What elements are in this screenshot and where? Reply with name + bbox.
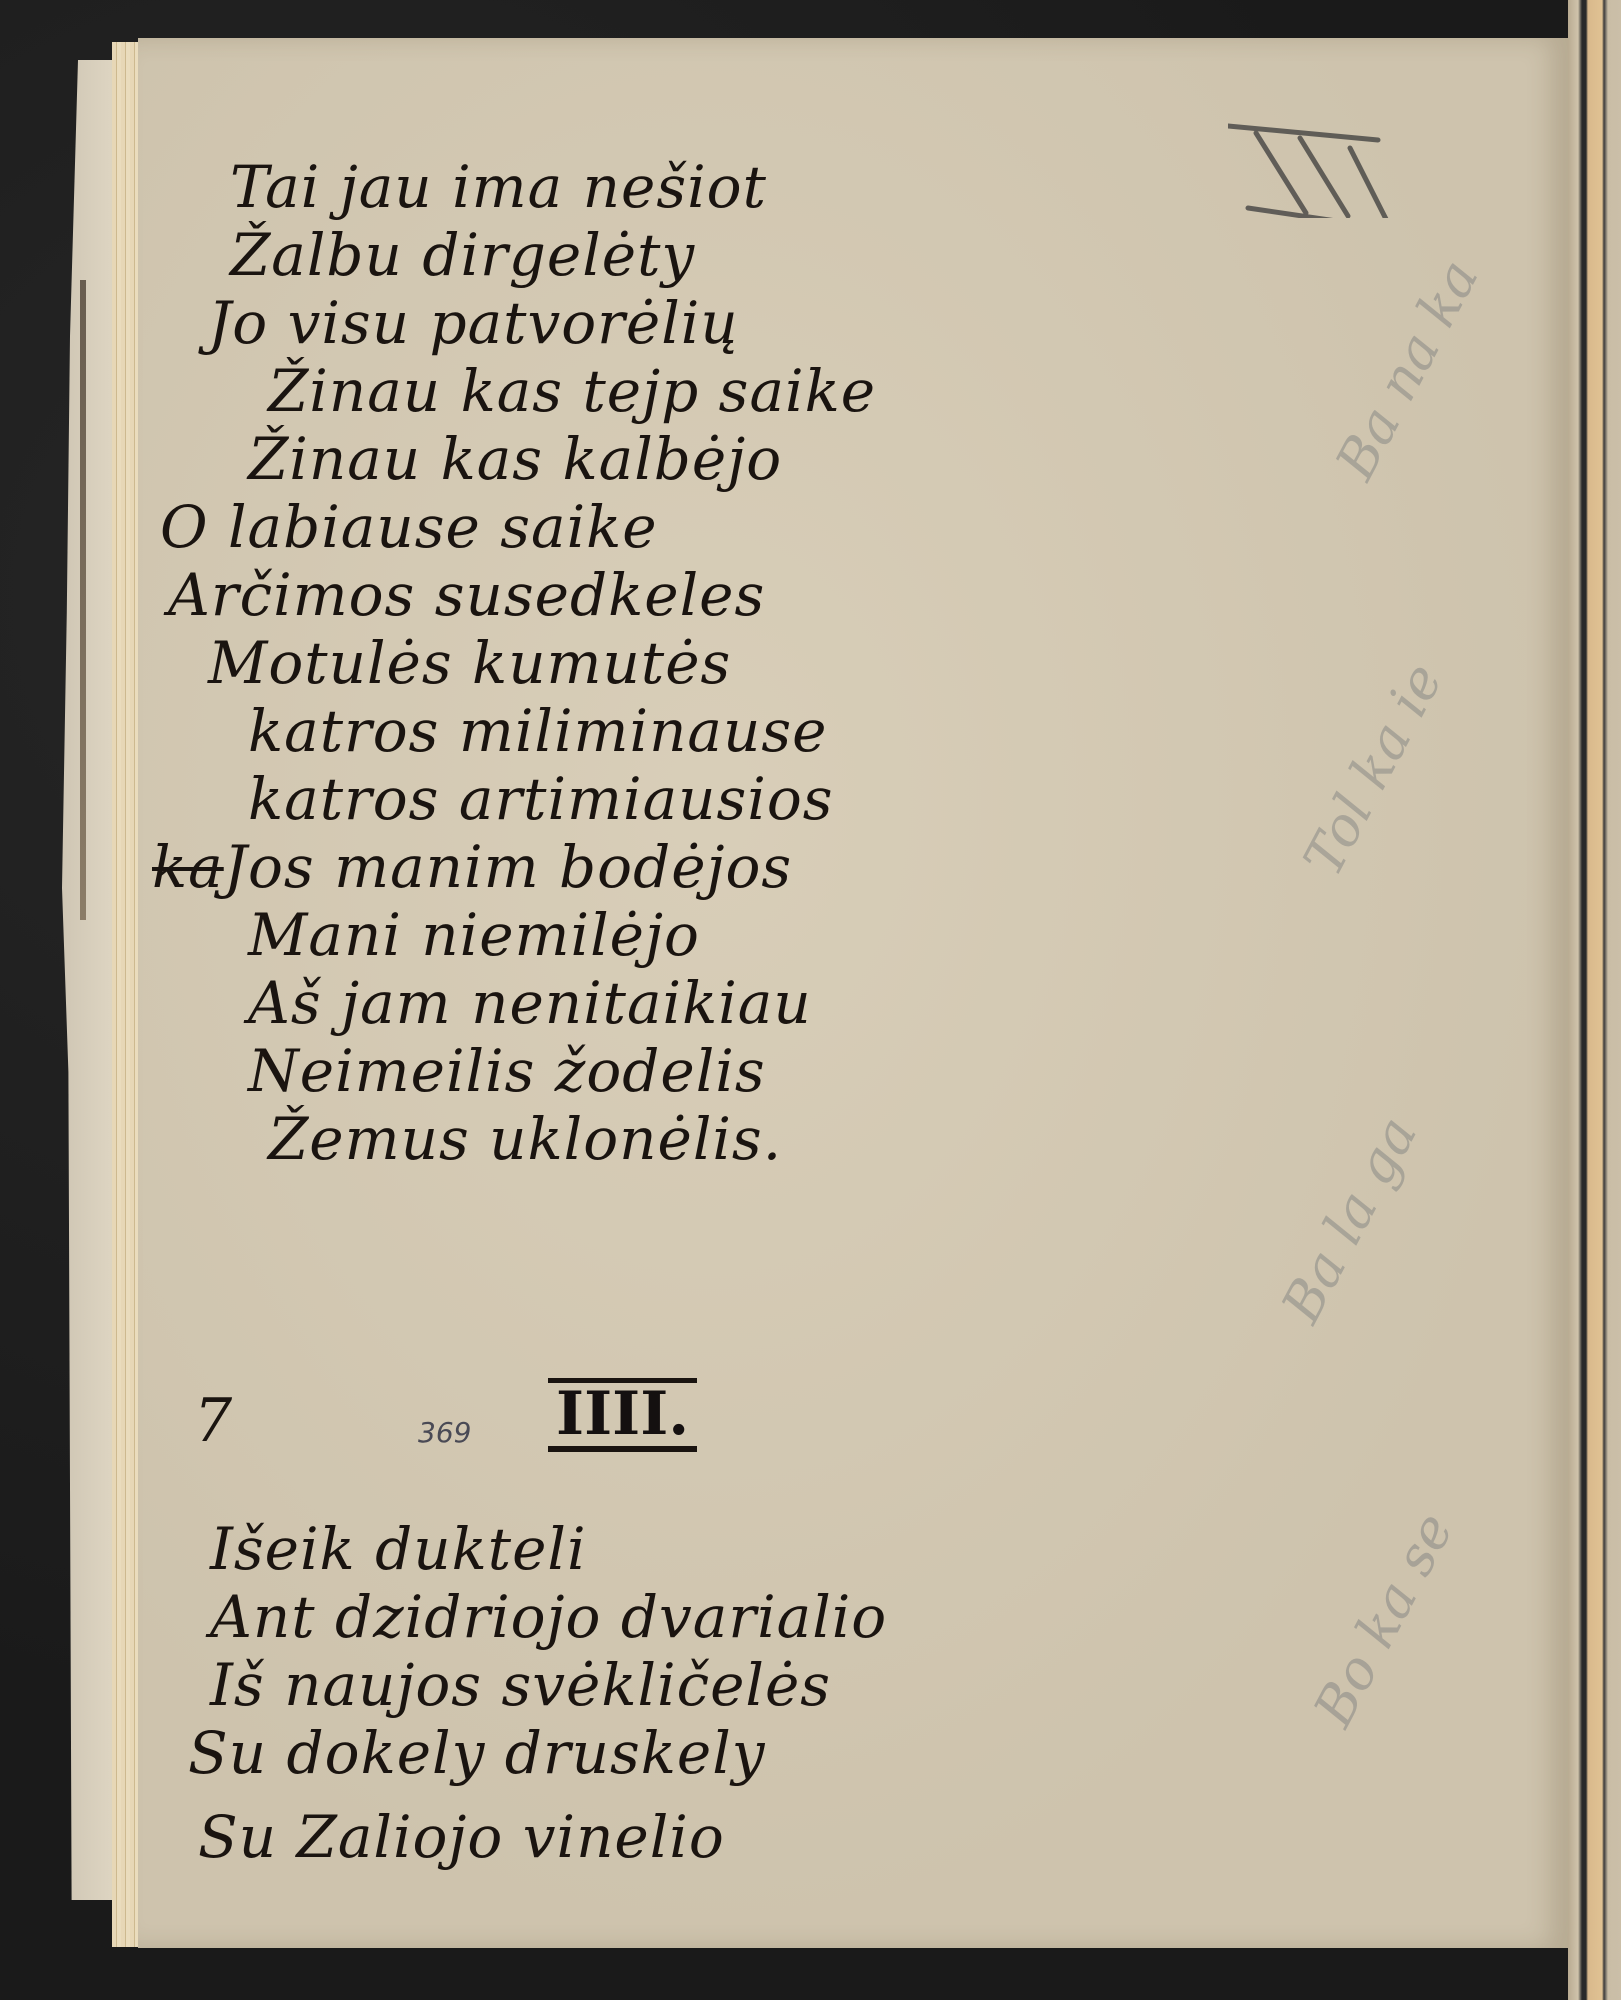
verse-line: katros miliminause xyxy=(248,702,827,760)
roman-numeral-iii-pencil-icon xyxy=(1228,98,1418,218)
verse-line: Žalbu dirgelėty xyxy=(230,226,695,284)
verse-line: Mani niemilėjo xyxy=(248,906,700,964)
verse-line: Ant dzidriojo dvarialio xyxy=(210,1588,887,1646)
verse-line: Iš naujos svėkličelės xyxy=(210,1656,831,1714)
margin-number: 7 xyxy=(194,1386,232,1456)
section-heading: IIII. xyxy=(548,1378,697,1452)
verse-line: Su Zaliojo vinelio xyxy=(198,1808,725,1866)
verse-line: Išeik dukteli xyxy=(210,1520,587,1578)
verse-line: Motulės kumutės xyxy=(208,634,731,692)
struck-text: ka xyxy=(152,833,224,901)
verse-line: katros artimiausios xyxy=(248,770,834,828)
verse-line: Jo visu patvorėlių xyxy=(208,294,739,352)
verse-line-text: Jos manim bodėjos xyxy=(224,833,792,901)
verse-line: Žinau kas tejp saike xyxy=(268,362,876,420)
tear-edge xyxy=(80,280,86,920)
verse-line: Tai jau ima nešiot xyxy=(230,158,767,216)
verse-line: Su dokely druskely xyxy=(188,1724,766,1782)
verse-line: O labiause saike xyxy=(160,498,658,556)
verse-line: Arčimos susedkeles xyxy=(168,566,765,624)
verse-line: Aš jam nenitaikiau xyxy=(248,974,812,1032)
binding-edge xyxy=(1568,0,1621,2000)
verse-line: Žinau kas kalbėjo xyxy=(248,430,782,488)
archive-number: 369 xyxy=(418,1416,471,1449)
verse-line: kaJos manim bodėjos xyxy=(152,838,792,896)
verse-line: Žemus uklonėlis. xyxy=(268,1110,782,1168)
verse-line: Neimeilis žodelis xyxy=(248,1042,766,1100)
manuscript-page: Ba na ka Tol ka ie Ba la ga Bo ka se Tai… xyxy=(138,38,1568,1948)
